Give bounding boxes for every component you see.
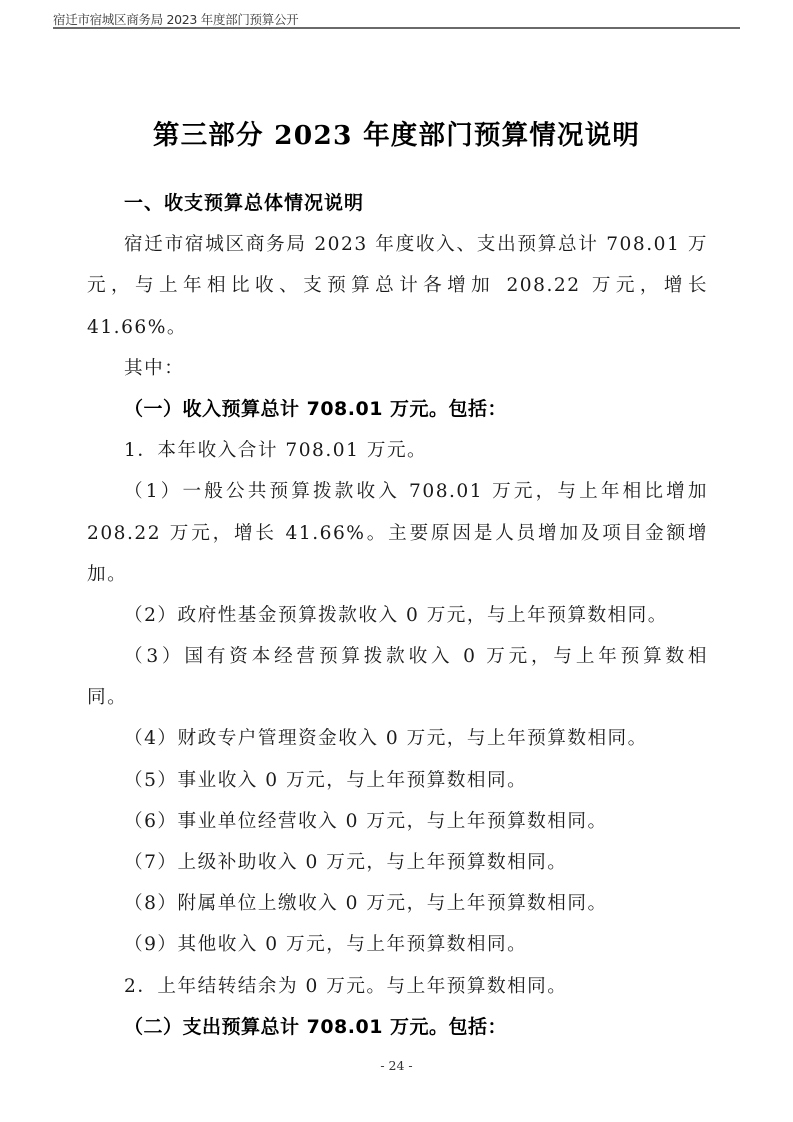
page-title: 第三部分 2023 年度部门预算情况说明 — [0, 113, 793, 152]
list-subitem: （7）上级补助收入 0 万元，与上年预算数相同。 — [87, 842, 708, 883]
list-item: 1．本年收入合计 708.01 万元。 — [87, 430, 708, 471]
list-subitem: （4）财政专户管理资金收入 0 万元，与上年预算数相同。 — [87, 718, 708, 759]
paragraph-line: 宿迁市宿城区商务局 2023 年度收入、支出预算总计 708.01 万 — [87, 224, 708, 265]
list-subitem: （1）一般公共预算拨款收入 708.01 万元，与上年相比增加 — [87, 471, 708, 512]
section-heading-overview: 一、收支预算总体情况说明 — [87, 183, 708, 224]
list-subitem: （9）其他收入 0 万元，与上年预算数相同。 — [87, 924, 708, 965]
list-subitem: （5）事业收入 0 万元，与上年预算数相同。 — [87, 760, 708, 801]
list-subitem: （2）政府性基金预算拨款收入 0 万元，与上年预算数相同。 — [87, 595, 708, 636]
header-divider — [53, 27, 740, 29]
list-subitem: （3）国有资本经营预算拨款收入 0 万元，与上年预算数相 — [87, 636, 708, 677]
paragraph-line: 41.66%。 — [87, 307, 708, 348]
list-subitem: （6）事业单位经营收入 0 万元，与上年预算数相同。 — [87, 801, 708, 842]
list-subitem-continued: 208.22 万元，增长 41.66%。主要原因是人员增加及项目金额增 — [87, 513, 708, 554]
paragraph-line: 其中： — [87, 348, 708, 389]
paragraph-line: 元，与上年相比收、支预算总计各增加 208.22 万元，增长 — [87, 265, 708, 306]
list-item: 2．上年结转结余为 0 万元。与上年预算数相同。 — [87, 966, 708, 1007]
list-subitem-continued: 加。 — [87, 554, 708, 595]
page-number: - 24 - — [0, 1058, 793, 1073]
running-header: 宿迁市宿城区商务局 2023 年度部门预算公开 — [53, 10, 740, 28]
list-subitem-continued: 同。 — [87, 677, 708, 718]
subheading-expense-total: （二）支出预算总计 708.01 万元。包括： — [87, 1007, 708, 1048]
document-body: 一、收支预算总体情况说明 宿迁市宿城区商务局 2023 年度收入、支出预算总计 … — [87, 183, 708, 1048]
list-subitem: （8）附属单位上缴收入 0 万元，与上年预算数相同。 — [87, 883, 708, 924]
subheading-income-total: （一）收入预算总计 708.01 万元。包括： — [87, 389, 708, 430]
